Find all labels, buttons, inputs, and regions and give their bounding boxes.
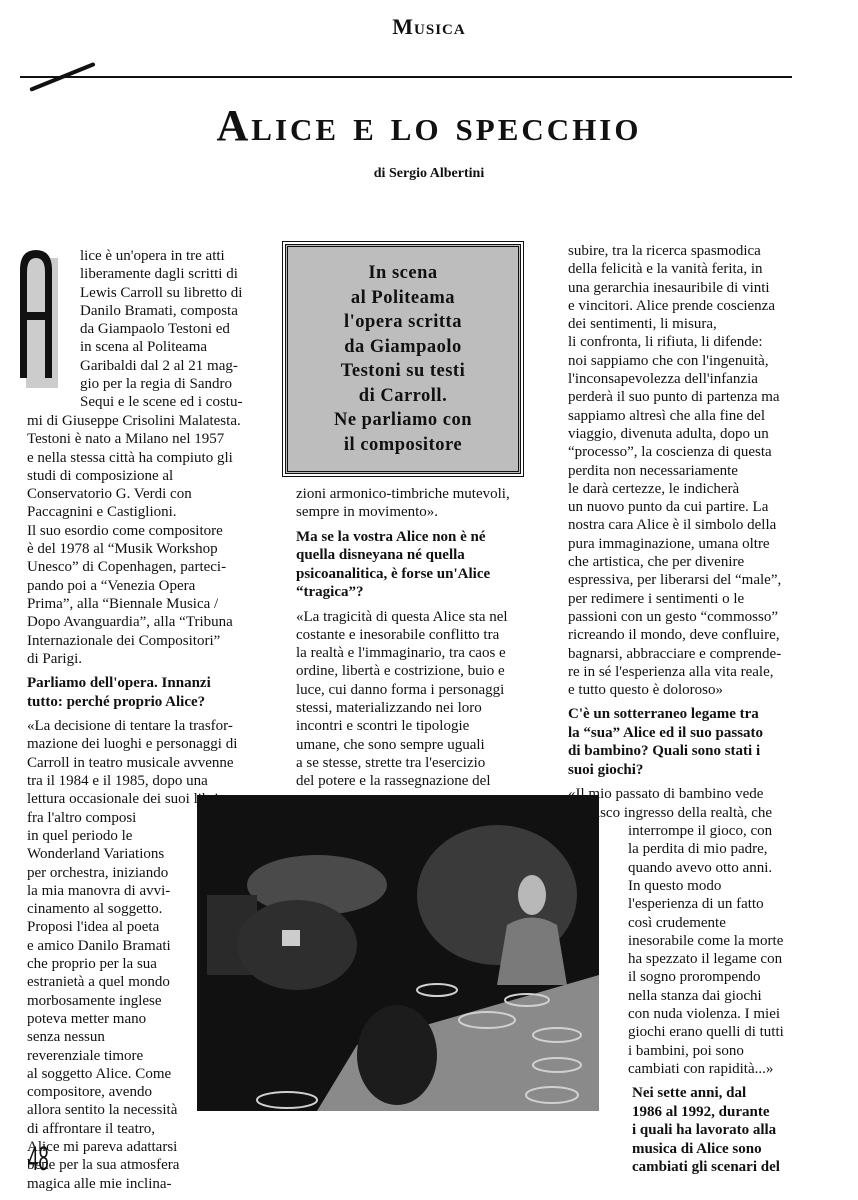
text-line: le darà certezze, le indicherà	[568, 480, 828, 498]
text-line: gio per la regia di Sandro	[80, 375, 270, 393]
text-line: nostra cara Alice è il simbolo della	[568, 516, 828, 534]
text-line: in scena al Politeama	[80, 338, 270, 356]
answer-3-start: «Il mio passato di bambino vedeil brusco…	[568, 785, 828, 822]
text-line: della felicità e la vanità ferita, in	[568, 260, 828, 278]
text-line: ha spezzato il legame con	[628, 950, 828, 968]
question-line: psicoanalitica, è forse un'Alice	[296, 565, 558, 584]
drop-cap-a-icon	[18, 248, 58, 388]
text-line: espressiva, per liberarsi del “male”,	[568, 571, 828, 589]
text-line: noi sappiamo che con l'ingenuità,	[568, 352, 828, 370]
text-line: dei sentimenti, li misura,	[568, 315, 828, 333]
text-line: Garibaldi dal 2 al 21 mag-	[80, 357, 270, 375]
text-line: cambiati con rapidità...»	[628, 1060, 828, 1078]
text-line: il brusco ingresso della realtà, che	[568, 804, 828, 822]
text-line: subire, tra la ricerca spasmodica	[568, 242, 828, 260]
text-line: e vincitori. Alice prende coscienza	[568, 297, 828, 315]
text-line: viaggio, divenuta adulta, dopo un	[568, 425, 828, 443]
text-line: è del 1978 al “Musik Workshop	[27, 540, 277, 558]
text-line: che artistica, che per divenire	[568, 553, 828, 571]
text-line: la perdita di mio padre,	[628, 840, 828, 858]
text-line: interrompe il gioco, con	[628, 822, 828, 840]
text-line: Il suo esordio come compositore	[27, 522, 277, 540]
text-line: Paccagnini e Castiglioni.	[27, 503, 277, 521]
text-line: luce, cui danno forma i personaggi	[296, 681, 558, 699]
text-line: Conservatorio G. Verdi con	[27, 485, 277, 503]
byline: di Sergio Albertini	[0, 166, 858, 182]
text-line: inesorabile come la morte	[628, 932, 828, 950]
text-line: un nuovo punto da cui partire. La	[568, 498, 828, 516]
text-line: e nella stessa città ha compiuto gli	[27, 449, 277, 467]
text-line: «La decisione di tentare la trasfor-	[27, 717, 277, 735]
question-2: Ma se la vostra Alice non è néquella dis…	[296, 528, 558, 602]
text-line: sempre in movimento».	[296, 503, 558, 521]
answer-2-continued: subire, tra la ricerca spasmodicadella f…	[568, 242, 828, 699]
column-2: zioni armonico-timbriche mutevoli,sempre…	[296, 485, 558, 791]
text-line: l'esperienza di un fatto	[628, 895, 828, 913]
text-line: l'inconsapevolezza dell'infanzia	[568, 370, 828, 388]
question-line: i quali ha lavorato alla	[632, 1121, 828, 1140]
pull-quote-line: Testoni su testi	[288, 359, 518, 384]
text-line: da Giampaolo Testoni ed	[80, 320, 270, 338]
text-line: sappiamo altresì che alla fine del	[568, 407, 828, 425]
text-line: tra il 1984 e il 1985, dopo una	[27, 772, 277, 790]
text-line: i bambini, poi sono	[628, 1042, 828, 1060]
text-line: del potere e la rassegnazione del	[296, 772, 558, 790]
text-line: In questo modo	[628, 877, 828, 895]
text-line: pura immaginazione, umana oltre	[568, 535, 828, 553]
pull-quote-line: In scena	[288, 261, 518, 286]
question-line: “tragica”?	[296, 583, 558, 602]
text-line: Unesco” di Copenhagen, parteci-	[27, 558, 277, 576]
question-line: di bambino? Quali sono stati i	[568, 742, 828, 761]
text-line: magica alle mie inclina-	[27, 1175, 277, 1193]
question-line: 1986 al 1992, durante	[632, 1103, 828, 1122]
text-line: Alice mi pareva adattarsi	[27, 1138, 277, 1156]
text-line: giochi erano quelli di tutti	[628, 1023, 828, 1041]
text-line: perdita non necessariamente	[568, 462, 828, 480]
text-line: ricreando il mondo, deve confluire,	[568, 626, 828, 644]
text-line: li confronta, li rifiuta, li difende:	[568, 333, 828, 351]
text-line: Internazionale dei Compositori”	[27, 632, 277, 650]
text-line: il sogno prorompendo	[628, 968, 828, 986]
text-line: una gerarchia inesauribile di vinti	[568, 279, 828, 297]
text-line: “processo”, la coscienza di questa	[568, 443, 828, 461]
text-line: Dopo Avanguardia”, alla “Tribuna	[27, 613, 277, 631]
illustration-tea-party	[197, 795, 599, 1111]
intro-paragraph: lice è un'opera in tre attiliberamente d…	[80, 247, 270, 412]
text-line: Danilo Bramati, composta	[80, 302, 270, 320]
text-line: Testoni è nato a Milano nel 1957	[27, 430, 277, 448]
text-line: di Parigi.	[27, 650, 277, 668]
answer-1-continued: zioni armonico-timbriche mutevoli,sempre…	[296, 485, 558, 522]
text-line: e tutto questo è doloroso»	[568, 681, 828, 699]
text-line: costante e inesorabile conflitto tra	[296, 626, 558, 644]
question-line: Nei sette anni, dal	[632, 1084, 828, 1103]
text-line: nella stanza dai giochi	[628, 987, 828, 1005]
pull-quote-line: Ne parliamo con	[288, 408, 518, 433]
question-line: cambiati gli scenari del	[632, 1158, 828, 1177]
text-line: incontri e scontri le tipologie	[296, 717, 558, 735]
question-1: Parliamo dell'opera. Innanzitutto: perch…	[27, 674, 277, 711]
text-line: Carroll in teatro musicale avvenne	[27, 754, 277, 772]
text-line: ordine, libertà e costrizione, buio e	[296, 662, 558, 680]
question-4: Nei sette anni, dal1986 al 1992, durante…	[568, 1084, 828, 1177]
text-line: «Il mio passato di bambino vede	[568, 785, 828, 803]
text-line: mazione dei luoghi e personaggi di	[27, 735, 277, 753]
text-line: per redimere i sentimenti o le	[568, 590, 828, 608]
pull-quote-box: In scenaal Politeamal'opera scrittada Gi…	[285, 244, 521, 474]
text-line: Sequi e le scene ed i costu-	[80, 393, 270, 411]
column-3: subire, tra la ricerca spasmodicadella f…	[568, 242, 828, 1183]
section-heading: Musica	[0, 14, 858, 40]
drop-cap	[18, 248, 58, 388]
question-line: tutto: perché proprio Alice?	[27, 693, 277, 712]
bio-paragraph: mi di Giuseppe Crisolini Malatesta.Testo…	[27, 412, 277, 668]
text-line: mi di Giuseppe Crisolini Malatesta.	[27, 412, 277, 430]
question-line: C'è un sotterraneo legame tra	[568, 705, 828, 724]
text-line: lice è un'opera in tre atti	[80, 247, 270, 265]
pull-quote-text: In scenaal Politeamal'opera scrittada Gi…	[288, 247, 518, 457]
text-line: così crudemente	[628, 914, 828, 932]
text-line: bene per la sua atmosfera	[27, 1156, 277, 1174]
text-line: Lewis Carroll su libretto di	[80, 284, 270, 302]
question-line: Parliamo dell'opera. Innanzi	[27, 674, 277, 693]
pull-quote-line: da Giampaolo	[288, 335, 518, 360]
text-line: zioni armonico-timbriche mutevoli,	[296, 485, 558, 503]
text-line: la realtà e l'immaginario, tra caos e	[296, 644, 558, 662]
question-line: Ma se la vostra Alice non è né	[296, 528, 558, 547]
pull-quote-line: il compositore	[288, 433, 518, 458]
answer-3-wrapped: interrompe il gioco, conla perdita di mi…	[568, 822, 828, 1078]
question-line: la “sua” Alice ed il suo passato	[568, 724, 828, 743]
text-line: re in sé l'esperienza alla vita reale,	[568, 663, 828, 681]
pull-quote-line: al Politeama	[288, 286, 518, 311]
question-line: musica di Alice sono	[632, 1140, 828, 1159]
question-line: suoi giochi?	[568, 761, 828, 780]
text-line: passioni con un gesto “commosso”	[568, 608, 828, 626]
answer-2: «La tragicità di questa Alice sta nelcos…	[296, 608, 558, 791]
question-3: C'è un sotterraneo legame trala “sua” Al…	[568, 705, 828, 779]
text-line: a se stesse, strette tra l'esercizio	[296, 754, 558, 772]
pull-quote-line: l'opera scritta	[288, 310, 518, 335]
question-line: quella disneyana né quella	[296, 546, 558, 565]
article-title: Alice e lo specchio	[0, 100, 858, 151]
text-line: con nuda violenza. I miei	[628, 1005, 828, 1023]
column-1: lice è un'opera in tre attiliberamente d…	[80, 247, 270, 412]
text-line: umane, che sono sempre uguali	[296, 736, 558, 754]
page-number: 48	[28, 1140, 49, 1179]
tea-party-image-icon	[197, 795, 599, 1111]
text-line: bagnarsi, abbracciare e comprende-	[568, 645, 828, 663]
text-line: Prima”, alla “Biennale Musica /	[27, 595, 277, 613]
text-line: quando avevo otto anni.	[628, 859, 828, 877]
text-line: liberamente dagli scritti di	[80, 265, 270, 283]
text-line: studi di composizione al	[27, 467, 277, 485]
text-line: perderà il suo punto di partenza ma	[568, 388, 828, 406]
pull-quote-line: di Carroll.	[288, 384, 518, 409]
text-line: pando poi a “Venezia Opera	[27, 577, 277, 595]
text-line: di affrontare il teatro,	[27, 1120, 277, 1138]
text-line: stessi, materializzando nei loro	[296, 699, 558, 717]
text-line: «La tragicità di questa Alice sta nel	[296, 608, 558, 626]
header-rule	[20, 76, 792, 78]
